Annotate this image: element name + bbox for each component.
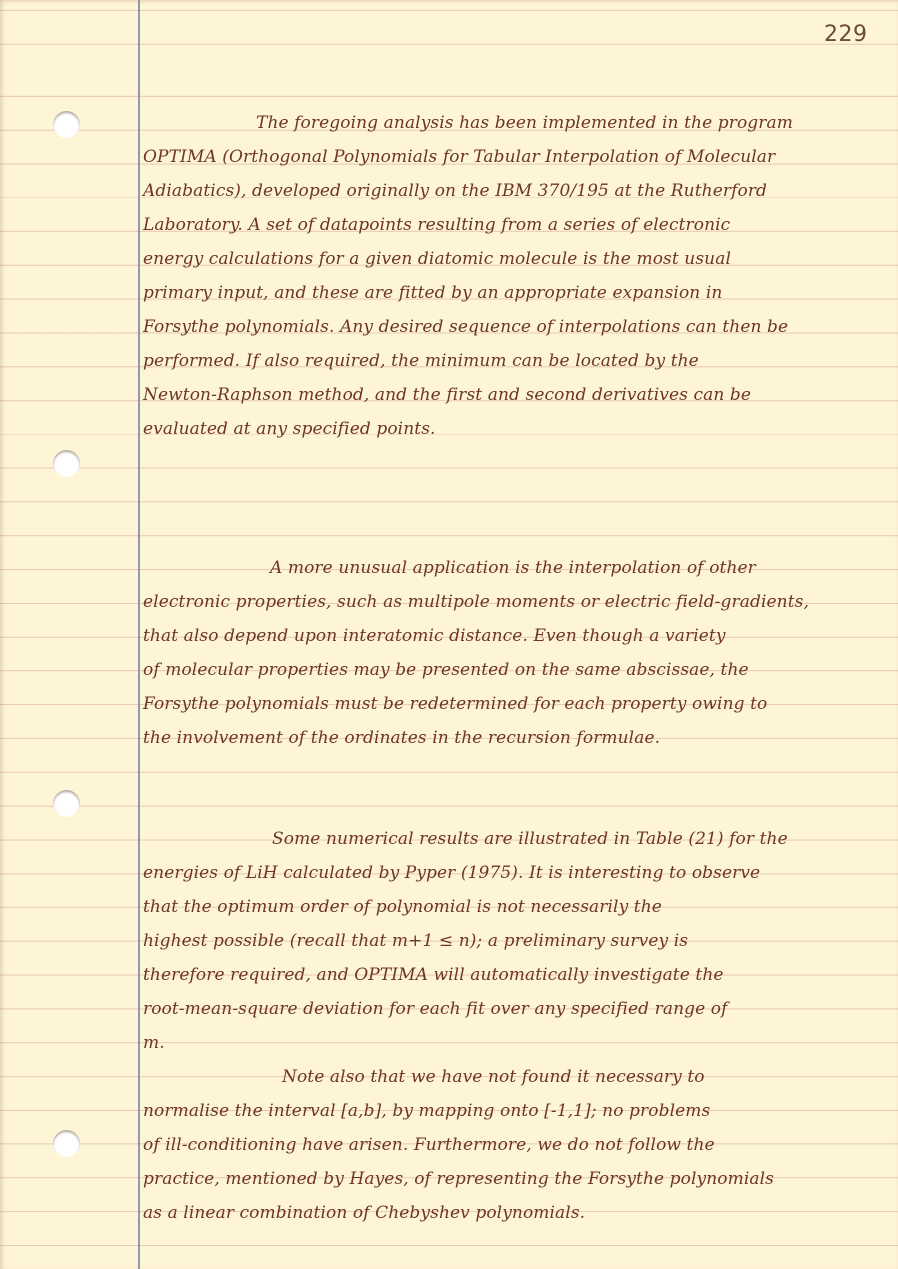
punch-hole-3 bbox=[53, 790, 80, 817]
text-line: that also depend upon interatomic distan… bbox=[143, 626, 726, 646]
text-line: evaluated at any specified points. bbox=[143, 419, 436, 439]
text-line: practice, mentioned by Hayes, of represe… bbox=[143, 1169, 774, 1189]
text-line: OPTIMA (Orthogonal Polynomials for Tabul… bbox=[143, 147, 775, 167]
text-line: root-mean-square deviation for each fit … bbox=[143, 999, 728, 1019]
text-line: Laboratory. A set of datapoints resultin… bbox=[143, 215, 730, 235]
punch-hole-4 bbox=[53, 1130, 80, 1157]
text-line: Forsythe polynomials. Any desired sequen… bbox=[143, 317, 788, 337]
punch-hole-1 bbox=[53, 111, 80, 138]
text-line: Some numerical results are illustrated i… bbox=[272, 829, 788, 849]
punch-hole-2 bbox=[53, 450, 80, 477]
text-line: of ill-conditioning have arisen. Further… bbox=[143, 1135, 715, 1155]
text-line: therefore required, and OPTIMA will auto… bbox=[143, 965, 724, 985]
text-line: highest possible (recall that m+1 ≤ n); … bbox=[143, 931, 688, 951]
text-line: normalise the interval [a,b], by mapping… bbox=[143, 1101, 710, 1121]
text-line: the involvement of the ordinates in the … bbox=[143, 728, 660, 748]
text-line: Note also that we have not found it nece… bbox=[282, 1067, 705, 1087]
margin-line bbox=[138, 0, 140, 1269]
notebook-page: 229 The foregoing analysis has been impl… bbox=[0, 0, 898, 1269]
text-line: that the optimum order of polynomial is … bbox=[143, 897, 662, 917]
text-line: energy calculations for a given diatomic… bbox=[143, 249, 731, 269]
text-line: The foregoing analysis has been implemen… bbox=[256, 113, 793, 133]
text-line: performed. If also required, the minimum… bbox=[143, 351, 699, 371]
text-line: Adiabatics), developed originally on the… bbox=[143, 181, 767, 201]
text-line: as a linear combination of Chebyshev pol… bbox=[143, 1203, 585, 1223]
text-line: of molecular properties may be presented… bbox=[143, 660, 749, 680]
text-line: Forsythe polynomials must be redetermine… bbox=[143, 694, 767, 714]
page-number: 229 bbox=[824, 22, 868, 47]
text-line: energies of LiH calculated by Pyper (197… bbox=[143, 863, 760, 883]
text-line: A more unusual application is the interp… bbox=[270, 558, 756, 578]
text-line: m. bbox=[143, 1033, 165, 1053]
text-line: electronic properties, such as multipole… bbox=[143, 592, 809, 612]
text-line: Newton-Raphson method, and the first and… bbox=[143, 385, 751, 405]
text-line: primary input, and these are fitted by a… bbox=[143, 283, 722, 303]
